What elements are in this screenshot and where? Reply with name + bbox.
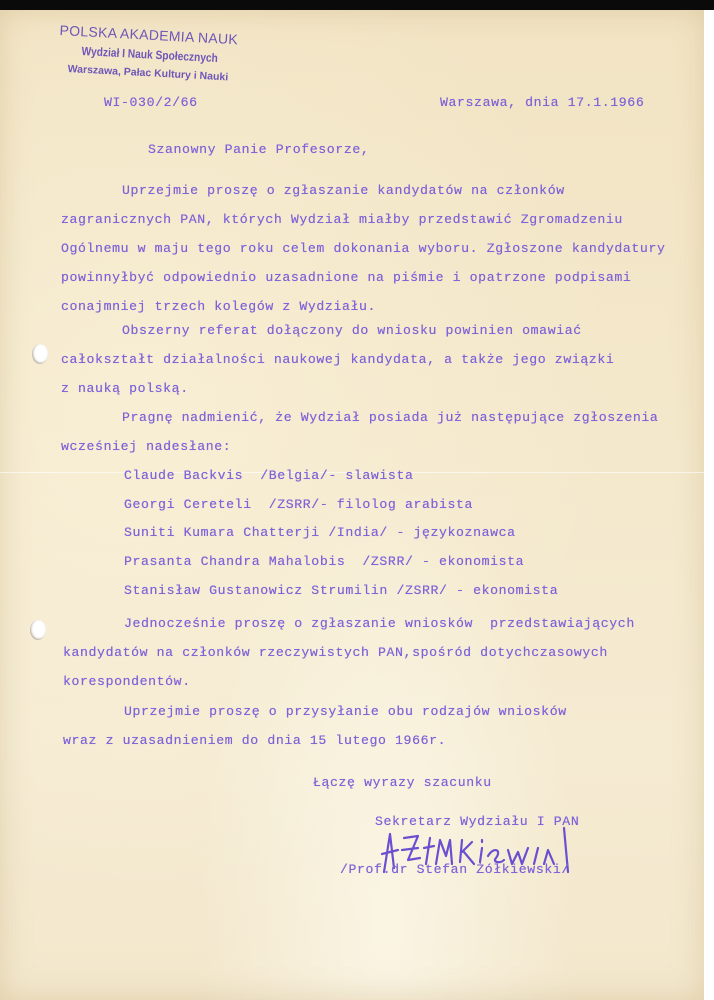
scan-top-border — [0, 0, 714, 10]
reference-number: WI-030/2/66 — [104, 95, 198, 110]
place-date: Warszawa, dnia 17.1.1966 — [440, 95, 644, 110]
paragraph-3-line: wcześniej nadesłane: — [61, 439, 231, 454]
candidate-item: Claude Backvis /Belgia/- slawista — [124, 468, 413, 483]
paragraph-4-line: Jednocześnie proszę o zgłaszanie wnioskó… — [124, 616, 635, 631]
closing-phrase: Łączę wyrazy szacunku — [313, 775, 492, 790]
paragraph-2-line: z nauką polską. — [61, 381, 189, 396]
paragraph-2-line: całokształt działalności naukowej kandyd… — [61, 352, 614, 367]
paragraph-5-line: wraz z uzasadnieniem do dnia 15 lutego 1… — [63, 733, 446, 748]
salutation: Szanowny Panie Profesorze, — [148, 142, 369, 157]
signer-name: /Prof.dr Stefan Żółkiewski/ — [340, 862, 570, 877]
paragraph-1-line: zagranicznych PAN, których Wydział miałb… — [61, 212, 623, 227]
paragraph-5-line: Uprzejmie proszę o przysyłanie obu rodza… — [124, 704, 567, 719]
candidate-item: Suniti Kumara Chatterji /India/ - języko… — [124, 525, 516, 540]
punch-hole-top — [32, 344, 48, 364]
paragraph-1-line: conajmniej trzech kolegów z Wydziału. — [61, 299, 376, 314]
candidate-item: Stanisław Gustanowicz Strumilin /ZSRR/ -… — [124, 583, 558, 598]
candidate-item: Georgi Cereteli /ZSRR/- filolog arabista — [124, 497, 473, 512]
candidate-item: Prasanta Chandra Mahalobis /ZSRR/ - ekon… — [124, 554, 524, 569]
paragraph-1-line: Ogólnemu w maju tego roku celem dokonani… — [61, 241, 665, 256]
punch-hole-bottom — [30, 620, 46, 640]
paragraph-4-line: kandydatów na członków rzeczywistych PAN… — [63, 645, 608, 660]
paragraph-1-line: Uprzejmie proszę o zgłaszanie kandydatów… — [122, 183, 565, 198]
paragraph-3-line: Pragnę nadmienić, że Wydział posiada już… — [122, 410, 658, 425]
paragraph-2-line: Obszerny referat dołączony do wniosku po… — [122, 323, 582, 338]
paragraph-4-line: korespondentów. — [63, 674, 191, 689]
paragraph-1-line: powinnyłbyć odpowiednio uzasadnione na p… — [61, 270, 631, 285]
